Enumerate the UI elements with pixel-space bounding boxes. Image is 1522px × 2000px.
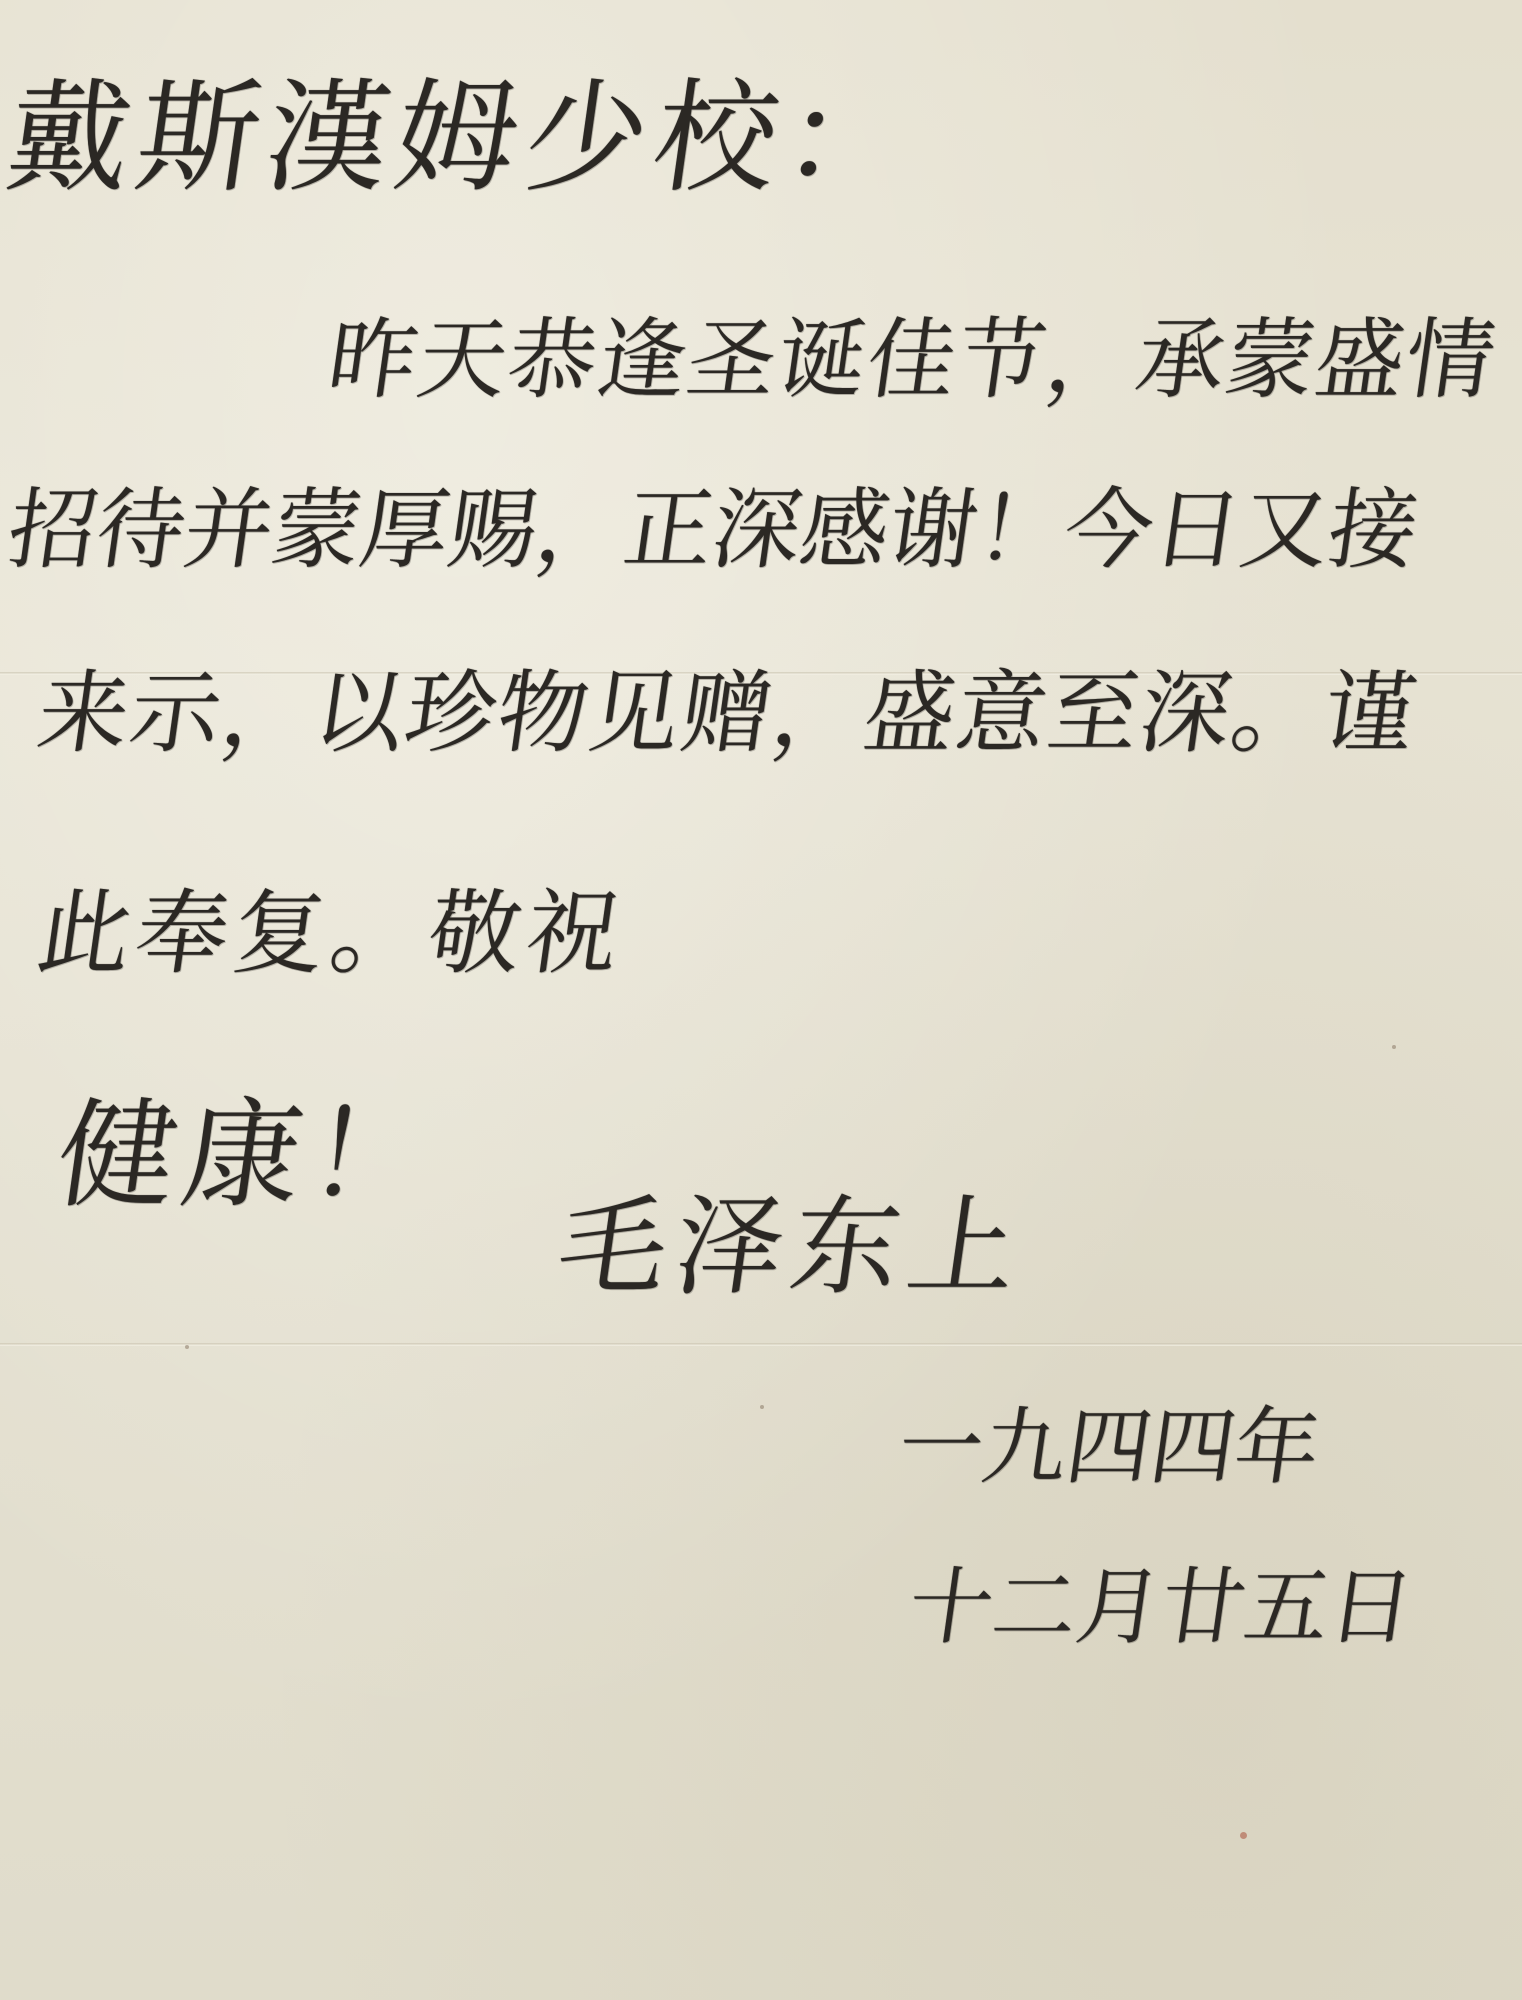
letter-closing-wish: 健康！ bbox=[48, 1060, 447, 1230]
letter-date-year: 一九四四年 bbox=[891, 1380, 1328, 1501]
letter-body-line-4: 此奉复。敬祝 bbox=[31, 860, 635, 992]
letter-paper: 戴斯漢姆少校： 昨天恭逢圣诞佳节，承蒙盛情 招待并蒙厚赐，正深感谢！今日又接 来… bbox=[0, 0, 1522, 2000]
paper-stain bbox=[1240, 1832, 1247, 1839]
paper-speck bbox=[760, 1405, 764, 1409]
paper-speck bbox=[1392, 1045, 1396, 1049]
paper-speck bbox=[185, 1345, 189, 1349]
letter-body-line-2: 招待并蒙厚赐，正深感谢！今日又接 bbox=[1, 460, 1427, 586]
letter-salutation: 戴斯漢姆少校： bbox=[0, 40, 928, 215]
letter-signature: 毛泽东上 bbox=[549, 1160, 1037, 1315]
fold-crease-lower bbox=[0, 1343, 1522, 1346]
letter-date-day: 十二月廿五日 bbox=[901, 1540, 1422, 1661]
letter-body-line-3: 来示，以珍物见赠，盛意至深。谨 bbox=[31, 640, 1426, 770]
letter-body-line-1: 昨天恭逢圣诞佳节，承蒙盛情 bbox=[321, 290, 1506, 416]
